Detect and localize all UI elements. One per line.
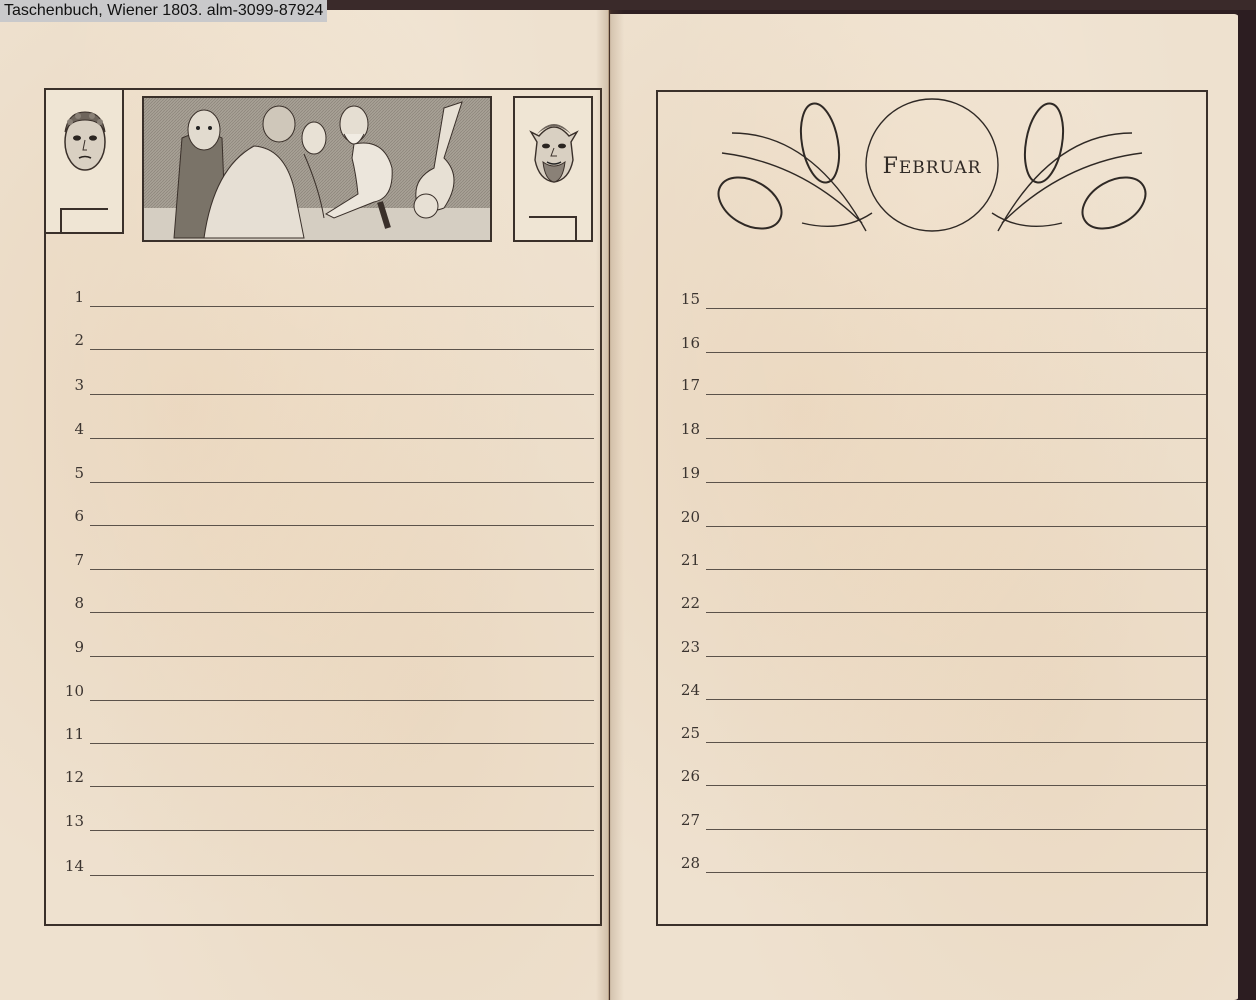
day-entry-line[interactable] [706,612,1206,613]
day-entry-line[interactable] [706,438,1206,439]
day-row: 5 [46,462,594,486]
image-caption: Taschenbuch, Wiener 1803. alm-3099-87924 [0,0,327,22]
left-page: 1 2 3 4 5 6 7 8 9 10 11 12 13 14 [0,10,609,1000]
day-row: 17 [662,374,1206,398]
day-number: 28 [662,854,700,872]
day-number: 13 [46,812,84,830]
day-number: 10 [46,682,84,700]
left-day-lines: 1 2 3 4 5 6 7 8 9 10 11 12 13 14 [46,10,594,910]
day-entry-line[interactable] [90,394,594,395]
day-entry-line[interactable] [706,394,1206,395]
day-number: 17 [662,376,700,394]
binding-edge [1238,10,1256,1000]
day-number: 5 [46,464,84,482]
day-number: 3 [46,376,84,394]
day-row: 20 [662,506,1206,530]
day-number: 9 [46,638,84,656]
day-row: 27 [662,809,1206,833]
day-row: 9 [46,636,594,660]
day-entry-line[interactable] [90,743,594,744]
right-day-lines: 15 16 17 18 19 20 21 22 23 24 25 26 27 2… [662,14,1206,914]
day-number: 18 [662,420,700,438]
day-number: 2 [46,331,84,349]
day-number: 20 [662,508,700,526]
day-row: 7 [46,549,594,573]
day-row: 3 [46,374,594,398]
day-row: 2 [46,329,594,353]
day-number: 26 [662,767,700,785]
day-row: 25 [662,722,1206,746]
day-row: 14 [46,855,594,879]
day-row: 24 [662,679,1206,703]
day-number: 25 [662,724,700,742]
day-row: 4 [46,418,594,442]
day-row: 16 [662,332,1206,356]
day-row: 28 [662,852,1206,876]
day-row: 19 [662,462,1206,486]
day-row: 26 [662,765,1206,789]
day-entry-line[interactable] [90,438,594,439]
day-row: 12 [46,766,594,790]
day-number: 8 [46,594,84,612]
day-number: 16 [662,334,700,352]
day-number: 4 [46,420,84,438]
day-entry-line[interactable] [90,482,594,483]
day-entry-line[interactable] [706,742,1206,743]
day-entry-line[interactable] [90,875,594,876]
day-number: 11 [46,725,84,743]
day-number: 22 [662,594,700,612]
day-number: 27 [662,811,700,829]
day-entry-line[interactable] [90,830,594,831]
day-number: 23 [662,638,700,656]
day-row: 21 [662,549,1206,573]
day-number: 14 [46,857,84,875]
day-entry-line[interactable] [706,829,1206,830]
day-row: 10 [46,680,594,704]
day-row: 11 [46,723,594,747]
day-entry-line[interactable] [90,525,594,526]
day-row: 22 [662,592,1206,616]
day-number: 19 [662,464,700,482]
day-entry-line[interactable] [706,699,1206,700]
day-number: 15 [662,290,700,308]
day-row: 8 [46,592,594,616]
day-number: 7 [46,551,84,569]
day-entry-line[interactable] [706,569,1206,570]
day-row: 6 [46,505,594,529]
book-spread: 1 2 3 4 5 6 7 8 9 10 11 12 13 14 [0,10,1256,1000]
day-entry-line[interactable] [706,482,1206,483]
day-entry-line[interactable] [706,785,1206,786]
day-row: 1 [46,286,594,310]
day-row: 13 [46,810,594,834]
day-row: 15 [662,288,1206,312]
right-page: FEBRUAR 15 16 17 18 19 20 21 22 23 24 25… [610,14,1240,1000]
day-number: 6 [46,507,84,525]
day-entry-line[interactable] [90,569,594,570]
day-number: 24 [662,681,700,699]
day-entry-line[interactable] [90,612,594,613]
day-entry-line[interactable] [706,526,1206,527]
day-entry-line[interactable] [706,352,1206,353]
day-number: 21 [662,551,700,569]
day-entry-line[interactable] [90,700,594,701]
day-entry-line[interactable] [90,349,594,350]
day-entry-line[interactable] [706,656,1206,657]
day-entry-line[interactable] [90,786,594,787]
day-entry-line[interactable] [90,656,594,657]
day-entry-line[interactable] [706,308,1206,309]
day-number: 12 [46,768,84,786]
day-row: 18 [662,418,1206,442]
day-number: 1 [46,288,84,306]
day-entry-line[interactable] [706,872,1206,873]
day-entry-line[interactable] [90,306,594,307]
day-row: 23 [662,636,1206,660]
